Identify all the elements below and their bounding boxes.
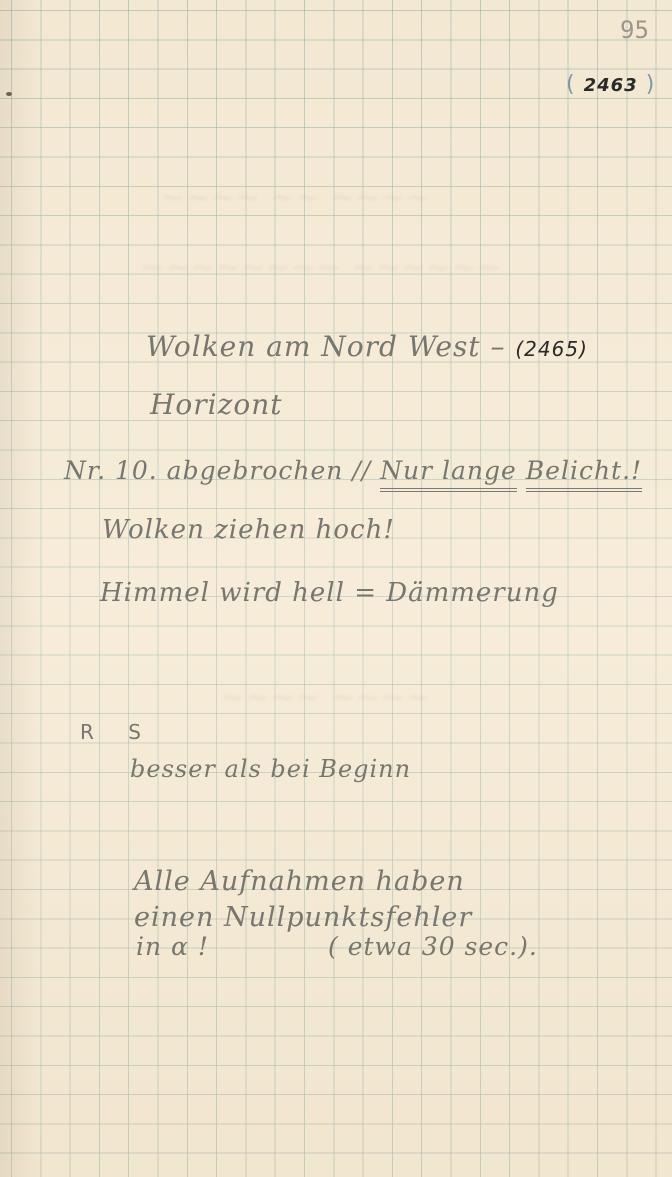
note-line-8: Alle Aufnahmen haben	[134, 866, 465, 897]
show-through-text: ~~~~ ~~ ~~~~	[160, 180, 430, 215]
note-text: Wolken am Nord West –	[146, 330, 505, 363]
paren-open: (	[566, 72, 576, 97]
page-number: 95	[620, 16, 649, 44]
underlined-text: Nur lange	[380, 456, 517, 492]
paren-close: )	[646, 72, 656, 97]
note-line-4: Wolken ziehen hoch!	[102, 515, 395, 545]
note-line-9: einen Nullpunktsfehler	[134, 902, 472, 933]
note-text: Nr. 10. abgebrochen //	[64, 456, 371, 485]
reference-value: 2463	[584, 75, 638, 96]
show-through-text: ~~~~~~~~ ~~~~~~	[140, 250, 501, 285]
underlined-text: Belicht.!	[526, 456, 642, 492]
paper-speck	[6, 92, 12, 96]
note-line-7: besser als bei Beginn	[130, 755, 411, 783]
note-line-6: R S	[80, 720, 155, 744]
note-line-1: Wolken am Nord West – (2465)	[146, 330, 588, 363]
note-line-2: Horizont	[150, 388, 283, 421]
show-through-text: ~~~~ ~~~~	[220, 680, 431, 715]
note-line-5: Himmel wird hell = Dämmerung	[100, 578, 559, 608]
reference-inline: (2465)	[515, 337, 588, 361]
reference-number: ( 2463 )	[566, 72, 655, 97]
note-line-3: Nr. 10. abgebrochen // Nur lange Belicht…	[64, 456, 642, 485]
note-line-10a: in α !	[136, 932, 209, 961]
note-line-10b: ( etwa 30 sec.).	[328, 932, 538, 961]
notebook-page: ~~~~ ~~ ~~~~ ~~~~~~~~ ~~~~~~ ~~~~ ~~~~ 9…	[0, 0, 672, 1177]
